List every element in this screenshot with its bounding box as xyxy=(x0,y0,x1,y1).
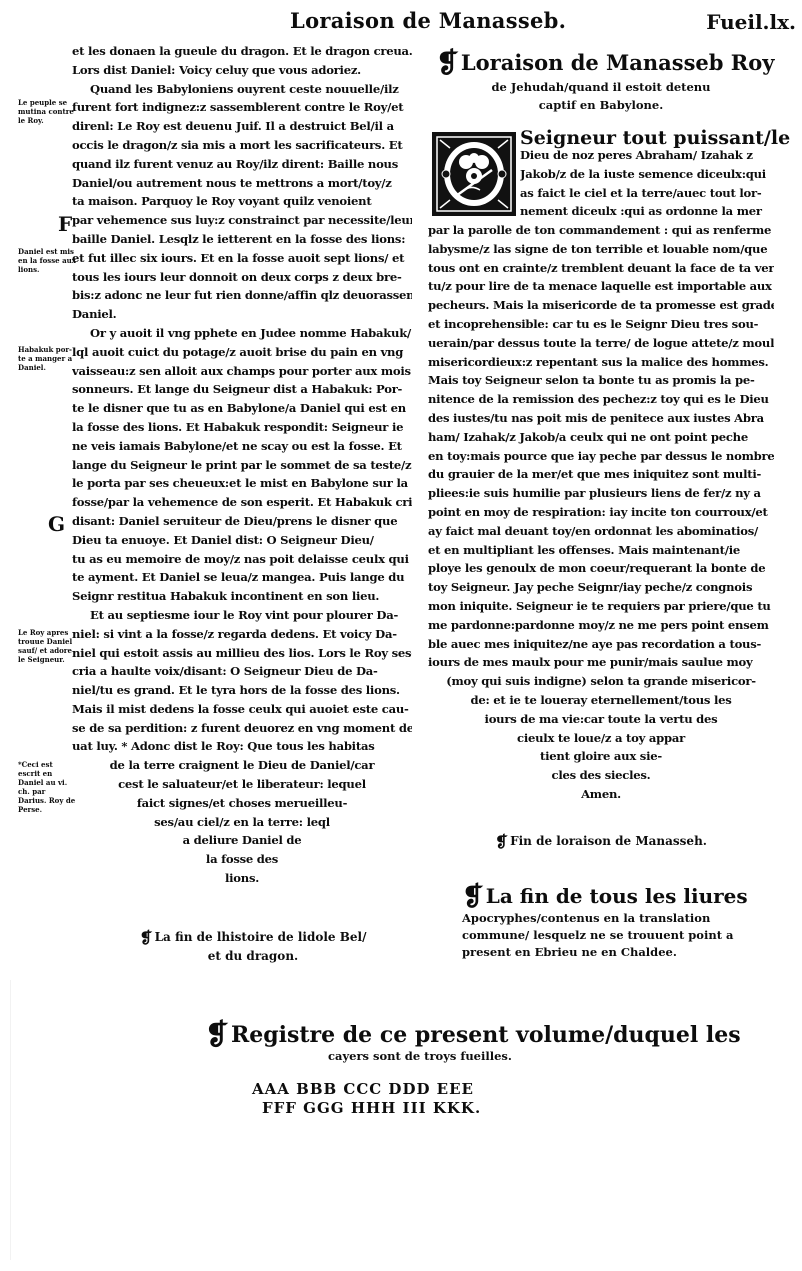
text-line: direnl: Le Roy est deuenu Juif. Il a des… xyxy=(72,117,412,136)
text-line: Daniel. xyxy=(72,305,412,324)
text-line: lange du Seigneur le print par le sommet… xyxy=(72,456,412,475)
text-line: baille Daniel. Lesqlz le ietterent en la… xyxy=(72,230,412,249)
text-line: Amen. xyxy=(428,785,774,804)
text-line: iours de mes maulx pour me punir/mais sa… xyxy=(428,653,774,672)
register-signatures-row-2: FFF GGG HHH III KKK. xyxy=(262,1099,481,1117)
scan-edge-shadow xyxy=(10,980,11,1260)
text-line: niel qui estoit assis au millieu des lio… xyxy=(72,644,412,663)
pilcrow-icon: ❡ xyxy=(205,1017,229,1051)
text-line: toy Seigneur. Jay peche Seignr/iay peche… xyxy=(428,578,774,597)
pilcrow-icon: ❡ xyxy=(140,928,153,947)
text-line: Mais il mist dedens la fosse ceulx qui a… xyxy=(72,700,412,719)
text-line: iours de ma vie:car toute la vertu des xyxy=(428,710,774,729)
text-line: sonneurs. Et lange du Seigneur dist a Ha… xyxy=(72,380,412,399)
text-line: ham/ Izahak/z Jakob/a ceulx qui ne ont p… xyxy=(428,428,774,447)
text-line: cest le saluateur/et le liberateur: lequ… xyxy=(72,775,412,794)
text-line: ble auec mes iniquitez/ne aye pas record… xyxy=(428,635,774,654)
prayer-subtitle: captif en Babylone. xyxy=(428,96,774,114)
text-line: cles des siecles. xyxy=(428,766,774,785)
apocrypha-end-title: ❡La fin de tous les liures xyxy=(462,884,748,910)
text-line: ay faict mal deuant toy/en ordonnat les … xyxy=(428,522,774,541)
text-line: se de sa perdition: z furent deuorez en … xyxy=(72,719,412,738)
pilcrow-icon: ❡ xyxy=(436,47,459,79)
decorated-initial-o xyxy=(432,132,516,216)
apocrypha-end-text: Apocryphes/contenus en la translation co… xyxy=(462,910,733,961)
text-line: Dieu ta enuoye. Et Daniel dist: O Seigne… xyxy=(72,531,412,550)
register-subtitle: cayers sont de troys fueilles. xyxy=(328,1049,512,1063)
text-line: bis:z adonc ne leur fut rien donne/affin… xyxy=(72,286,412,305)
register-title: ❡Registre de ce present volume/duquel le… xyxy=(205,1020,741,1049)
text-line: lions. xyxy=(72,869,412,888)
text-line: Mais toy Seigneur selon ta bonte tu as p… xyxy=(428,371,774,390)
folio-number: Fueil.lx. xyxy=(706,10,796,34)
right-column-beside-initial: Dieu de noz peres Abraham/ Izahak zJakob… xyxy=(520,146,774,221)
text-line: vaisseau:z sen alloit aux champs pour po… xyxy=(72,362,412,381)
text-line: occis le dragon/z sia mis a mort les sac… xyxy=(72,136,412,155)
text-line: uat luy. * Adonc dist le Roy: Que tous l… xyxy=(72,737,412,756)
text-line: et fut illec six iours. Et en la fosse a… xyxy=(72,249,412,268)
text-line: misericordieux:z repentant sus la malice… xyxy=(428,353,774,372)
text-line: et en multipliant les offenses. Mais mai… xyxy=(428,541,774,560)
text-line: lql auoit cuict du potage/z auoit brise … xyxy=(72,343,412,362)
text-line: cieulx te loue/z a toy appar xyxy=(428,729,774,748)
text-line: tous les iours leur donnoit on deux corp… xyxy=(72,268,412,287)
text-line: tu/z pour lire de ta menace laquelle est… xyxy=(428,277,774,296)
text-line: et incoprehensible: car tu es le Seignr … xyxy=(428,315,774,334)
text-line: faict signes/et choses merueilleu- xyxy=(72,794,412,813)
text-line: mon iniquite. Seigneur ie te requiers pa… xyxy=(428,597,774,616)
text-line: fosse/par la vehemence de son esperit. E… xyxy=(72,493,412,512)
text-line: point en moy de respiration: iay incite … xyxy=(428,503,774,522)
text-line: labysme/z las signe de ton terrible et l… xyxy=(428,240,774,259)
running-title: Loraison de Manasseb. xyxy=(290,8,566,33)
text-line: niel: si vint a la fosse/z regarda deden… xyxy=(72,625,412,644)
register-signatures-row-1: AAA BBB CCC DDD EEE xyxy=(252,1080,474,1098)
text-line: le porta par ses cheueux:et le mist en B… xyxy=(72,474,412,493)
text-line: en toy:mais pource que iay peche par des… xyxy=(428,447,774,466)
text-line: Seignr restitua Habakuk incontinent en s… xyxy=(72,587,412,606)
text-line: nement diceulx :qui as ordonne la mer xyxy=(520,202,774,221)
text-line: Dieu de noz peres Abraham/ Izahak z xyxy=(520,146,774,165)
prayer-subtitle: de Jehudah/quand il estoit detenu xyxy=(428,78,774,96)
text-line: nitence de la remission des pechez:z toy… xyxy=(428,390,774,409)
text-line: Quand les Babyloniens ouyrent ceste nouu… xyxy=(72,80,412,99)
text-line: tous ont en crainte/z tremblent deuant l… xyxy=(428,259,774,278)
text-line: Or y auoit il vng pphete en Judee nomme … xyxy=(72,324,412,343)
text-line: ses/au ciel/z en la terre: leql xyxy=(72,813,412,832)
text-line: Lors dist Daniel: Voicy celuy que vous a… xyxy=(72,61,412,80)
text-line: cria a haulte voix/disant: O Seigneur Di… xyxy=(72,662,412,681)
text-line: te ayment. Et Daniel se leua/z mangea. P… xyxy=(72,568,412,587)
text-line: Daniel/ou autrement nous te mettrons a m… xyxy=(72,174,412,193)
text-line: te le disner que tu as en Babylone/a Dan… xyxy=(72,399,412,418)
text-line: la fosse des lions. Et Habakuk respondit… xyxy=(72,418,412,437)
pilcrow-icon: ❡ xyxy=(495,832,508,851)
section-letter-f: F xyxy=(58,212,72,236)
text-line: par la parolle de ton commandement : qui… xyxy=(428,221,774,240)
right-column: par la parolle de ton commandement : qui… xyxy=(428,221,774,804)
text-line: disant: Daniel seruiteur de Dieu/prens l… xyxy=(72,512,412,531)
text-line: du grauier de la mer/et que mes iniquite… xyxy=(428,465,774,484)
floral-initial-icon xyxy=(434,134,514,214)
prayer-closing: ❡Fin de loraison de Manasseh. xyxy=(428,834,774,850)
left-closing: ❡La fin de lhistoire de lidole Bel/ et d… xyxy=(128,928,378,966)
left-column: et les donaen la gueule du dragon. Et le… xyxy=(72,42,412,888)
prayer-title: ❡Loraison de Manasseb Roy xyxy=(436,50,774,77)
text-line: pecheurs. Mais la misericorde de ta prom… xyxy=(428,296,774,315)
text-line: par vehemence sus luy:z constrainct par … xyxy=(72,211,412,230)
book-page: Loraison de Manasseb. Fueil.lx. et les d… xyxy=(0,0,802,1271)
text-line: tient gloire aux sie- xyxy=(428,747,774,766)
text-line: des iustes/tu nas poit mis de penitece a… xyxy=(428,409,774,428)
text-line: Et au septiesme iour le Roy vint pour pl… xyxy=(72,606,412,625)
margin-note: Le peuple se mutina contre le Roy. xyxy=(18,98,76,125)
text-line: furent fort indignez:z sassemblerent con… xyxy=(72,98,412,117)
text-line: et les donaen la gueule du dragon. Et le… xyxy=(72,42,412,61)
margin-note: Le Roy apres trouue Daniel sauf/ et ador… xyxy=(18,628,76,664)
text-line: as faict le ciel et la terre/auec tout l… xyxy=(520,184,774,203)
text-line: (moy qui suis indigne) selon ta grande m… xyxy=(428,672,774,691)
margin-note: Habakuk por-te a manger a Daniel. xyxy=(18,345,76,372)
text-line: ploye les genoulx de mon coeur/requerant… xyxy=(428,559,774,578)
text-line: a deliure Daniel de xyxy=(72,831,412,850)
text-line: pliees:ie suis humilie par plusieurs lie… xyxy=(428,484,774,503)
text-line: de la terre craignent le Dieu de Daniel/… xyxy=(72,756,412,775)
margin-note: *Ceci est escrit en Daniel au vi. ch. pa… xyxy=(18,760,76,814)
text-line: tu as eu memoire de moy/z nas poit delai… xyxy=(72,550,412,569)
text-line: de: et ie te loueray eternellement/tous … xyxy=(428,691,774,710)
text-line: uerain/par dessus toute la terre/ de log… xyxy=(428,334,774,353)
pilcrow-icon: ❡ xyxy=(462,882,484,912)
text-line: niel/tu es grand. Et le tyra hors de la … xyxy=(72,681,412,700)
text-line: la fosse des xyxy=(72,850,412,869)
margin-note: Daniel est mis en la fosse aux lions. xyxy=(18,247,76,274)
text-line: ta maison. Parquoy le Roy voyant quilz v… xyxy=(72,192,412,211)
text-line: Jakob/z de la iuste semence diceulx:qui xyxy=(520,165,774,184)
text-line: me pardonne:pardonne moy/z ne me pers po… xyxy=(428,616,774,635)
text-line: ne veis iamais Babylone/et ne scay ou es… xyxy=(72,437,412,456)
text-line: quand ilz furent venuz au Roy/ilz dirent… xyxy=(72,155,412,174)
section-letter-g: G xyxy=(48,512,65,536)
